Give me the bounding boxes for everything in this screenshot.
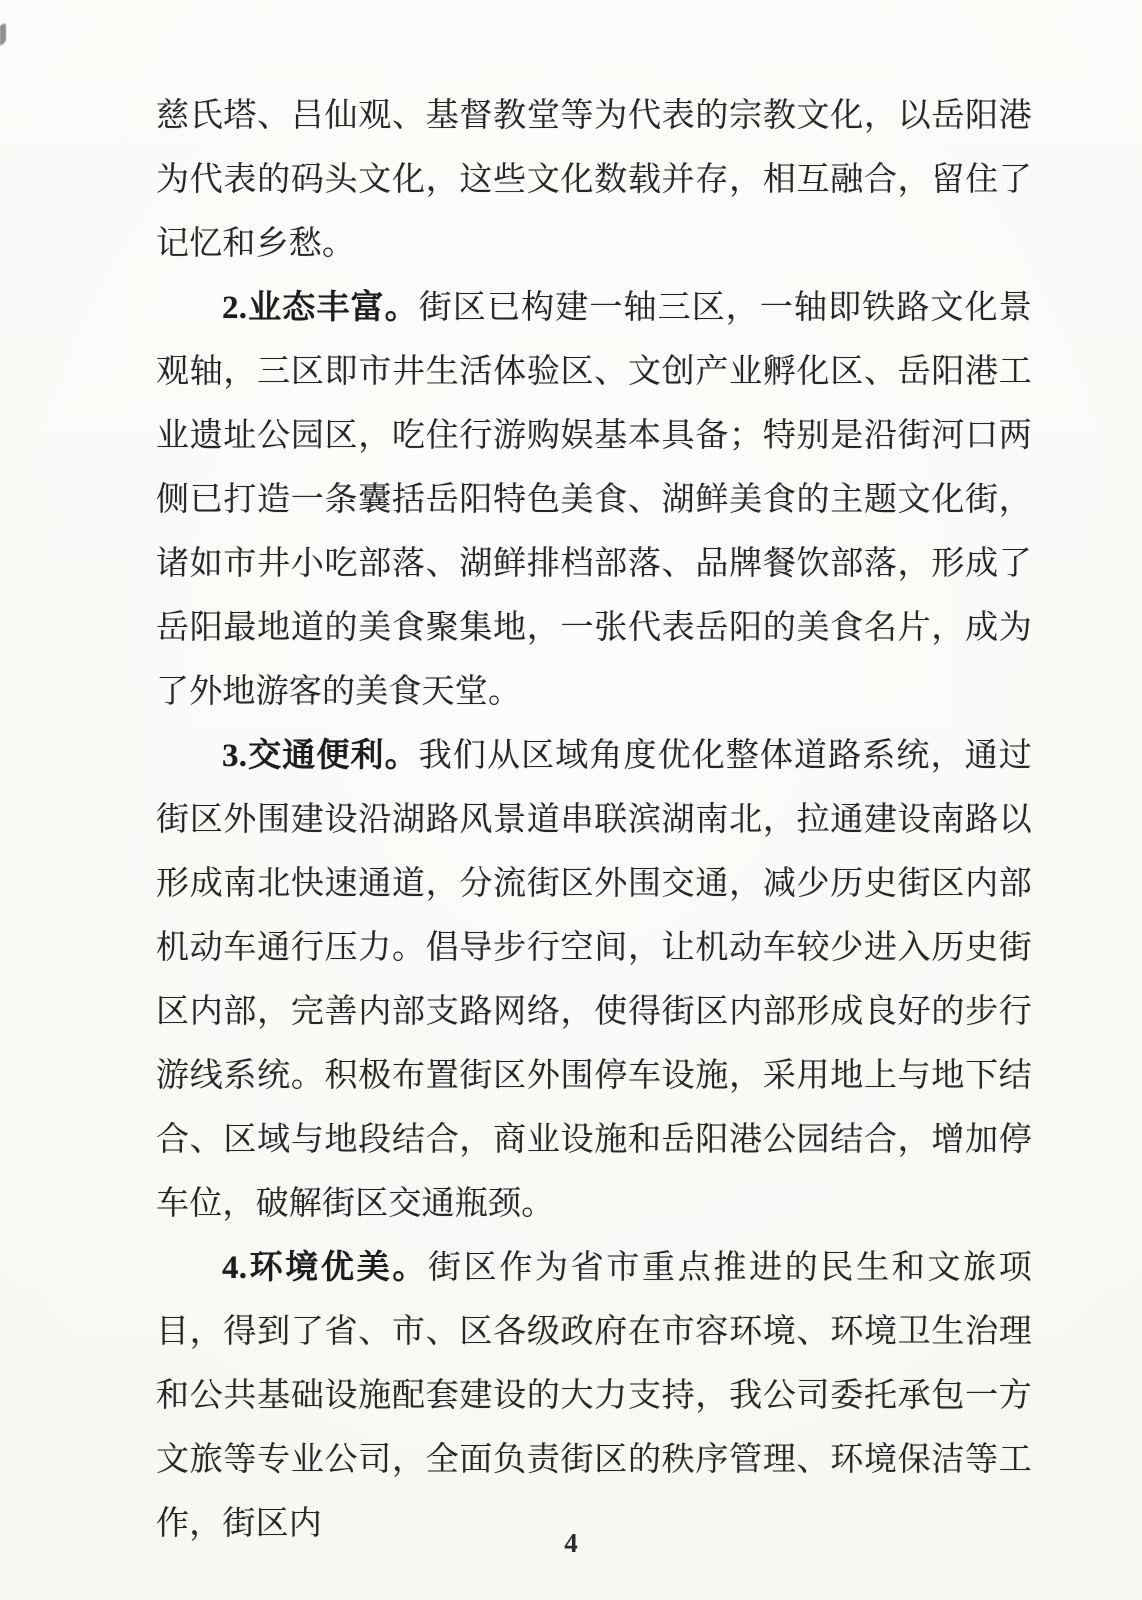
scanned-document-page: 慈氏塔、吕仙观、基督教堂等为代表的宗教文化，以岳阳港为代表的码头文化，这些文化数… <box>0 0 1142 1600</box>
scan-smudge-artifact <box>0 22 6 45</box>
paragraph-heading: 3.交通便利。 <box>222 738 419 774</box>
document-body: 慈氏塔、吕仙观、基督教堂等为代表的宗教文化，以岳阳港为代表的码头文化，这些文化数… <box>156 84 1032 1556</box>
paragraph-continuation: 慈氏塔、吕仙观、基督教堂等为代表的宗教文化，以岳阳港为代表的码头文化，这些文化数… <box>156 84 1032 276</box>
paragraph-2-business-variety: 2.业态丰富。街区已构建一轴三区，一轴即铁路文化景观轴，三区即市井生活体验区、文… <box>156 276 1032 724</box>
paragraph-text: 街区已构建一轴三区，一轴即铁路文化景观轴，三区即市井生活体验区、文创产业孵化区、… <box>156 290 1032 710</box>
paragraph-text: 街区作为省市重点推进的民生和文旅项目，得到了省、市、区各级政府在市容环境、环境卫… <box>156 1250 1032 1542</box>
paragraph-4-beautiful-environment: 4.环境优美。街区作为省市重点推进的民生和文旅项目，得到了省、市、区各级政府在市… <box>156 1236 1032 1556</box>
paragraph-heading: 2.业态丰富。 <box>222 290 419 326</box>
paragraph-text: 我们从区域角度优化整体道路系统，通过街区外围建设沿湖路风景道串联滨湖南北，拉通建… <box>156 738 1032 1222</box>
page-number: 4 <box>0 1528 1142 1559</box>
paragraph-heading: 4.环境优美。 <box>222 1250 428 1286</box>
paragraph-3-convenient-transport: 3.交通便利。我们从区域角度优化整体道路系统，通过街区外围建设沿湖路风景道串联滨… <box>156 724 1032 1236</box>
paragraph-text: 慈氏塔、吕仙观、基督教堂等为代表的宗教文化，以岳阳港为代表的码头文化，这些文化数… <box>156 98 1032 262</box>
